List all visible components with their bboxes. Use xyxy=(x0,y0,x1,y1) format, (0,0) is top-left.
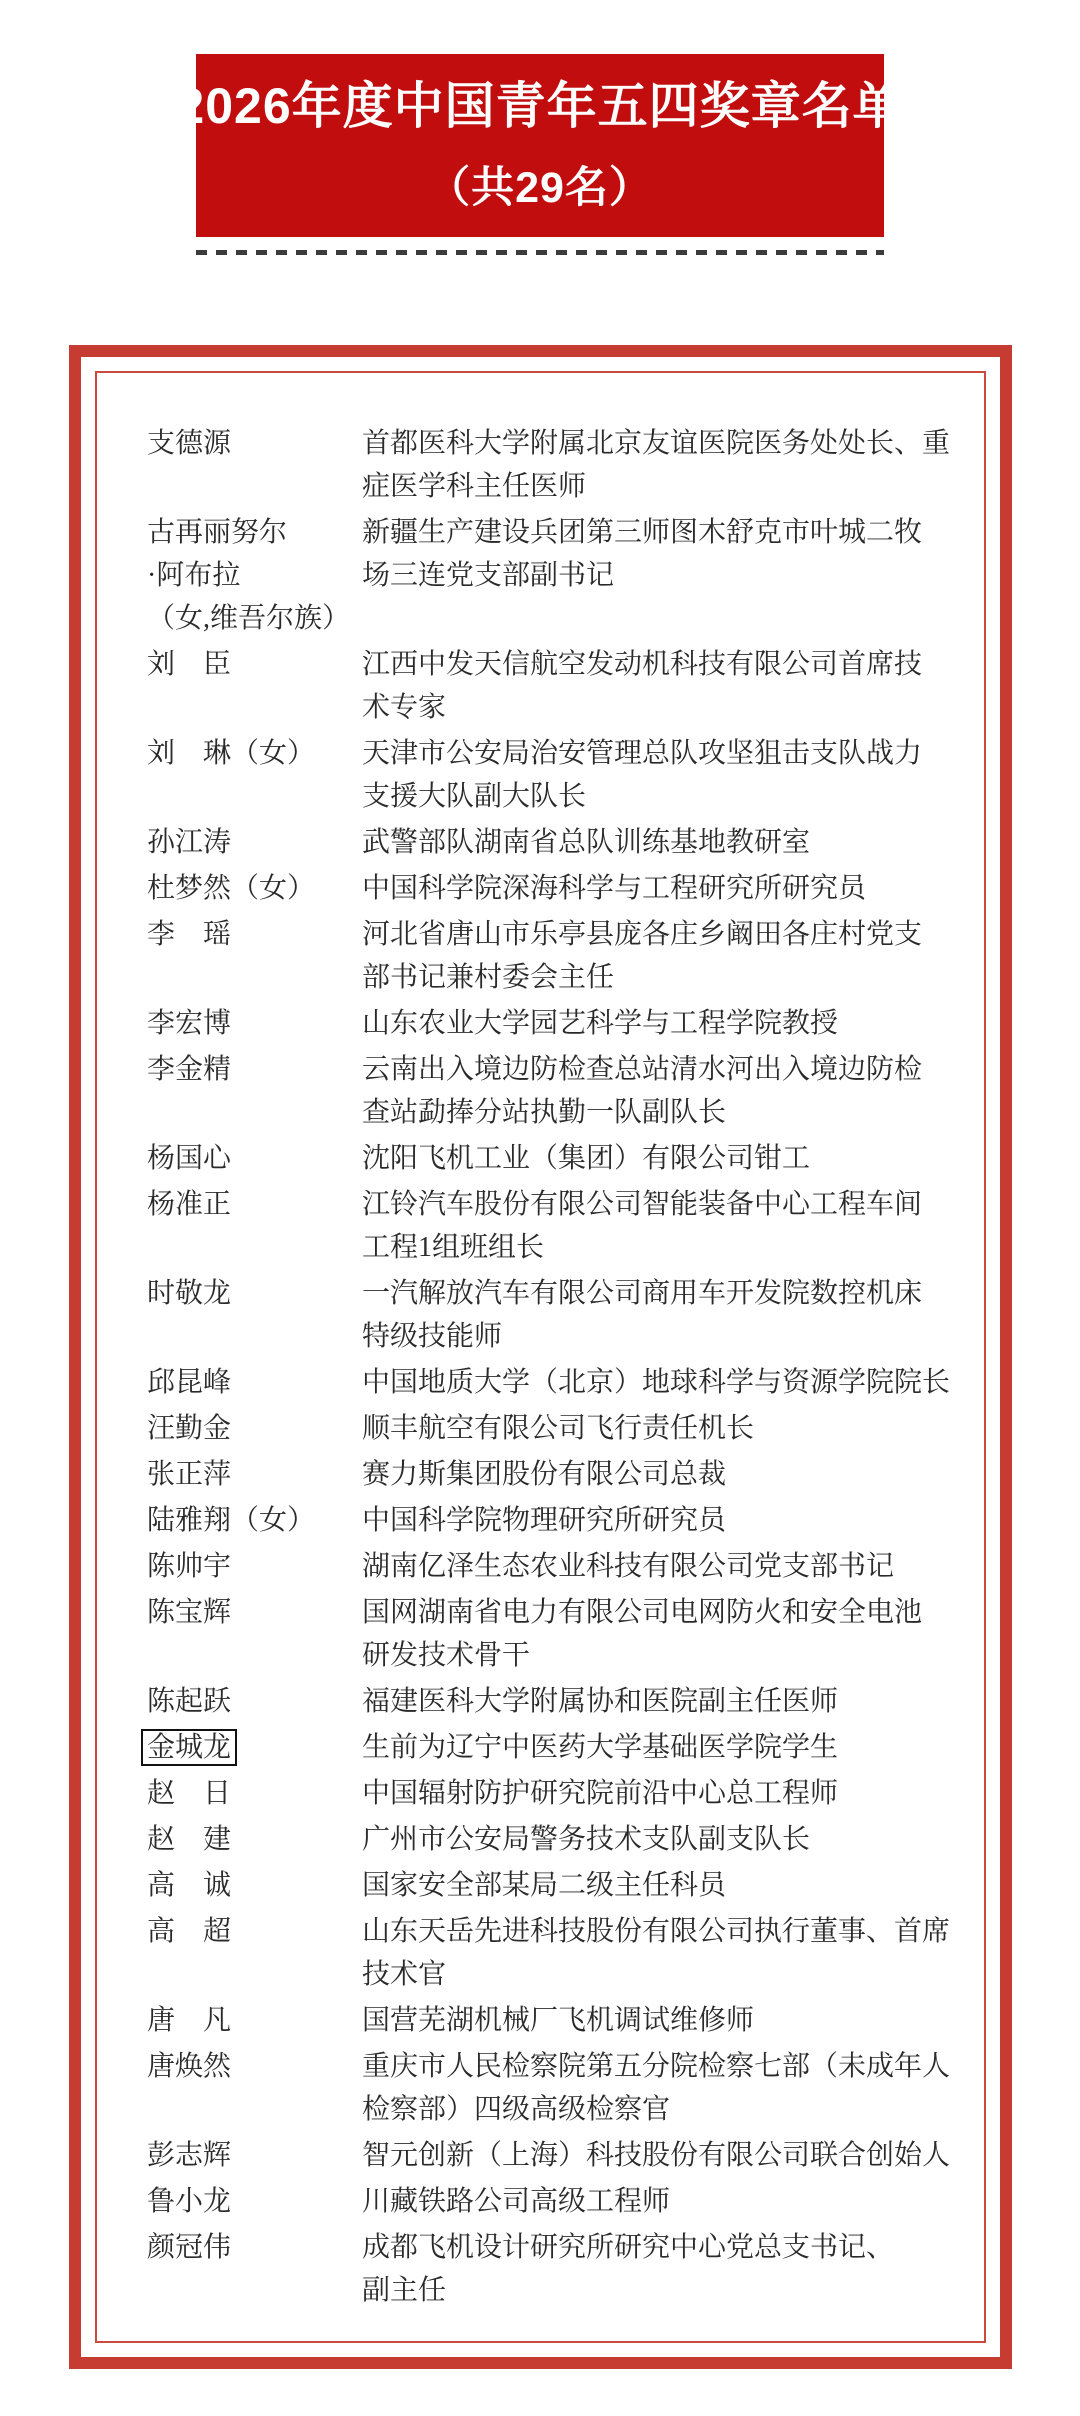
awardee-name: 李 瑶 xyxy=(147,913,362,999)
awardee-name: 陈宝辉 xyxy=(147,1591,362,1677)
title-banner: 2026年度中国青年五四奖章名单 （共29名） xyxy=(196,54,884,237)
awardee-name: 杨国心 xyxy=(147,1137,362,1180)
list-row: 汪勤金顺丰航空有限公司飞行责任机长 xyxy=(147,1407,956,1450)
awardee-description: 顺丰航空有限公司飞行责任机长 xyxy=(362,1407,954,1450)
awardee-description: 山东天岳先进科技股份有限公司执行董事、首席技术官 xyxy=(362,1910,954,1996)
awardee-name: 李宏博 xyxy=(147,1002,362,1045)
dashed-divider xyxy=(196,250,884,255)
awardee-name: 陈起跃 xyxy=(147,1680,362,1723)
awardee-name: 邱昆峰 xyxy=(147,1361,362,1404)
list-row: 刘 臣江西中发天信航空发动机科技有限公司首席技术专家 xyxy=(147,643,956,729)
awardee-description: 广州市公安局警务技术支队副支队长 xyxy=(362,1818,954,1861)
awardee-name: 时敬龙 xyxy=(147,1272,362,1358)
list-row: 金城龙生前为辽宁中医药大学基础医学院学生 xyxy=(147,1726,956,1769)
list-row: 唐 凡国营芜湖机械厂飞机调试维修师 xyxy=(147,1999,956,2042)
list-row: 陈帅宇湖南亿泽生态农业科技有限公司党支部书记 xyxy=(147,1545,956,1588)
list-row: 李宏博山东农业大学园艺科学与工程学院教授 xyxy=(147,1002,956,1045)
awardee-name: 汪勤金 xyxy=(147,1407,362,1450)
awardee-name: 孙江涛 xyxy=(147,821,362,864)
list-inner-frame: 支德源首都医科大学附属北京友谊医院医务处处长、重症医学科主任医师古再丽努尔·阿布… xyxy=(95,371,986,2343)
awardee-description: 成都飞机设计研究所研究中心党总支书记、副主任 xyxy=(362,2226,954,2312)
list-row: 唐焕然重庆市人民检察院第五分院检察七部（未成年人检察部）四级高级检察官 xyxy=(147,2045,956,2131)
awardee-name: 陈帅宇 xyxy=(147,1545,362,1588)
list-row: 赵 日中国辐射防护研究院前沿中心总工程师 xyxy=(147,1772,956,1815)
awardee-name: 颜冠伟 xyxy=(147,2226,362,2312)
awardee-name: 赵 日 xyxy=(147,1772,362,1815)
page-subtitle: （共29名） xyxy=(427,166,653,211)
list-row: 张正萍赛力斯集团股份有限公司总裁 xyxy=(147,1453,956,1496)
awardee-description: 重庆市人民检察院第五分院检察七部（未成年人检察部）四级高级检察官 xyxy=(362,2045,954,2131)
awardee-description: 天津市公安局治安管理总队攻坚狙击支队战力支援大队副大队长 xyxy=(362,732,954,818)
awardee-name: 唐 凡 xyxy=(147,1999,362,2042)
list-row: 陈起跃福建医科大学附属协和医院副主任医师 xyxy=(147,1680,956,1723)
list-row: 杜梦然（女）中国科学院深海科学与工程研究所研究员 xyxy=(147,867,956,910)
awardee-description: 川藏铁路公司高级工程师 xyxy=(362,2180,954,2223)
list-row: 高 超山东天岳先进科技股份有限公司执行董事、首席技术官 xyxy=(147,1910,956,1996)
list-row: 李 瑶河北省唐山市乐亭县庞各庄乡阚田各庄村党支部书记兼村委会主任 xyxy=(147,913,956,999)
list-row: 陈宝辉国网湖南省电力有限公司电网防火和安全电池研发技术骨干 xyxy=(147,1591,956,1677)
awardee-description: 武警部队湖南省总队训练基地教研室 xyxy=(362,821,954,864)
list-row: 古再丽努尔·阿布拉（女,维吾尔族）新疆生产建设兵团第三师图木舒克市叶城二牧场三连… xyxy=(147,511,956,640)
awardee-description: 新疆生产建设兵团第三师图木舒克市叶城二牧场三连党支部副书记 xyxy=(362,511,954,640)
awardee-description: 国营芜湖机械厂飞机调试维修师 xyxy=(362,1999,954,2042)
awardee-description: 云南出入境边防检查总站清水河出入境边防检查站勐捧分站执勤一队副队长 xyxy=(362,1048,954,1134)
awardee-name: 杨准正 xyxy=(147,1183,362,1269)
awardee-name: 刘 臣 xyxy=(147,643,362,729)
awardee-name: 唐焕然 xyxy=(147,2045,362,2131)
page-title: 2026年度中国青年五四奖章名单 xyxy=(176,80,903,132)
list-row: 鲁小龙川藏铁路公司高级工程师 xyxy=(147,2180,956,2223)
list-row: 赵 建广州市公安局警务技术支队副支队长 xyxy=(147,1818,956,1861)
awardee-description: 沈阳飞机工业（集团）有限公司钳工 xyxy=(362,1137,954,1180)
list-row: 李金精云南出入境边防检查总站清水河出入境边防检查站勐捧分站执勤一队副队长 xyxy=(147,1048,956,1134)
awardee-name: 杜梦然（女） xyxy=(147,867,362,910)
list-row: 陆雅翔（女）中国科学院物理研究所研究员 xyxy=(147,1499,956,1542)
list-outer-frame: 支德源首都医科大学附属北京友谊医院医务处处长、重症医学科主任医师古再丽努尔·阿布… xyxy=(69,345,1012,2369)
awardee-description: 福建医科大学附属协和医院副主任医师 xyxy=(362,1680,954,1723)
list-row: 杨国心沈阳飞机工业（集团）有限公司钳工 xyxy=(147,1137,956,1180)
awardee-description: 中国科学院物理研究所研究员 xyxy=(362,1499,954,1542)
awardee-description: 生前为辽宁中医药大学基础医学院学生 xyxy=(362,1726,954,1769)
list-row: 高 诚国家安全部某局二级主任科员 xyxy=(147,1864,956,1907)
list-row: 支德源首都医科大学附属北京友谊医院医务处处长、重症医学科主任医师 xyxy=(147,422,956,508)
awardee-name: 高 诚 xyxy=(147,1864,362,1907)
awardee-description: 智元创新（上海）科技股份有限公司联合创始人 xyxy=(362,2134,954,2177)
list-row: 刘 琳（女）天津市公安局治安管理总队攻坚狙击支队战力支援大队副大队长 xyxy=(147,732,956,818)
awardee-description: 江铃汽车股份有限公司智能装备中心工程车间工程1组班组长 xyxy=(362,1183,954,1269)
awardee-name: 古再丽努尔·阿布拉（女,维吾尔族） xyxy=(147,511,362,640)
awardee-name: 刘 琳（女） xyxy=(147,732,362,818)
document-page: 2026年度中国青年五四奖章名单 （共29名） 支德源首都医科大学附属北京友谊医… xyxy=(0,0,1080,2416)
list-row: 彭志辉智元创新（上海）科技股份有限公司联合创始人 xyxy=(147,2134,956,2177)
awardee-description: 首都医科大学附属北京友谊医院医务处处长、重症医学科主任医师 xyxy=(362,422,954,508)
list-row: 时敬龙一汽解放汽车有限公司商用车开发院数控机床特级技能师 xyxy=(147,1272,956,1358)
awardee-description: 山东农业大学园艺科学与工程学院教授 xyxy=(362,1002,954,1045)
awardee-name: 金城龙 xyxy=(147,1726,362,1769)
awardee-name: 高 超 xyxy=(147,1910,362,1996)
deceased-name-box: 金城龙 xyxy=(141,1729,237,1766)
awardee-name: 李金精 xyxy=(147,1048,362,1134)
awardee-description: 江西中发天信航空发动机科技有限公司首席技术专家 xyxy=(362,643,954,729)
list-row: 杨准正江铃汽车股份有限公司智能装备中心工程车间工程1组班组长 xyxy=(147,1183,956,1269)
awardee-description: 河北省唐山市乐亭县庞各庄乡阚田各庄村党支部书记兼村委会主任 xyxy=(362,913,954,999)
awardee-name: 张正萍 xyxy=(147,1453,362,1496)
awardee-description: 中国地质大学（北京）地球科学与资源学院院长 xyxy=(362,1361,954,1404)
awardee-name: 彭志辉 xyxy=(147,2134,362,2177)
awardee-name: 鲁小龙 xyxy=(147,2180,362,2223)
list-row: 邱昆峰中国地质大学（北京）地球科学与资源学院院长 xyxy=(147,1361,956,1404)
list-row: 颜冠伟成都飞机设计研究所研究中心党总支书记、副主任 xyxy=(147,2226,956,2312)
list-row: 孙江涛武警部队湖南省总队训练基地教研室 xyxy=(147,821,956,864)
awardee-description: 国网湖南省电力有限公司电网防火和安全电池研发技术骨干 xyxy=(362,1591,954,1677)
awardee-description: 一汽解放汽车有限公司商用车开发院数控机床特级技能师 xyxy=(362,1272,954,1358)
awardee-description: 中国科学院深海科学与工程研究所研究员 xyxy=(362,867,954,910)
award-list: 支德源首都医科大学附属北京友谊医院医务处处长、重症医学科主任医师古再丽努尔·阿布… xyxy=(147,422,956,2312)
awardee-description: 国家安全部某局二级主任科员 xyxy=(362,1864,954,1907)
awardee-name: 支德源 xyxy=(147,422,362,508)
awardee-name: 陆雅翔（女） xyxy=(147,1499,362,1542)
awardee-name: 赵 建 xyxy=(147,1818,362,1861)
awardee-description: 中国辐射防护研究院前沿中心总工程师 xyxy=(362,1772,954,1815)
awardee-description: 湖南亿泽生态农业科技有限公司党支部书记 xyxy=(362,1545,954,1588)
awardee-description: 赛力斯集团股份有限公司总裁 xyxy=(362,1453,954,1496)
